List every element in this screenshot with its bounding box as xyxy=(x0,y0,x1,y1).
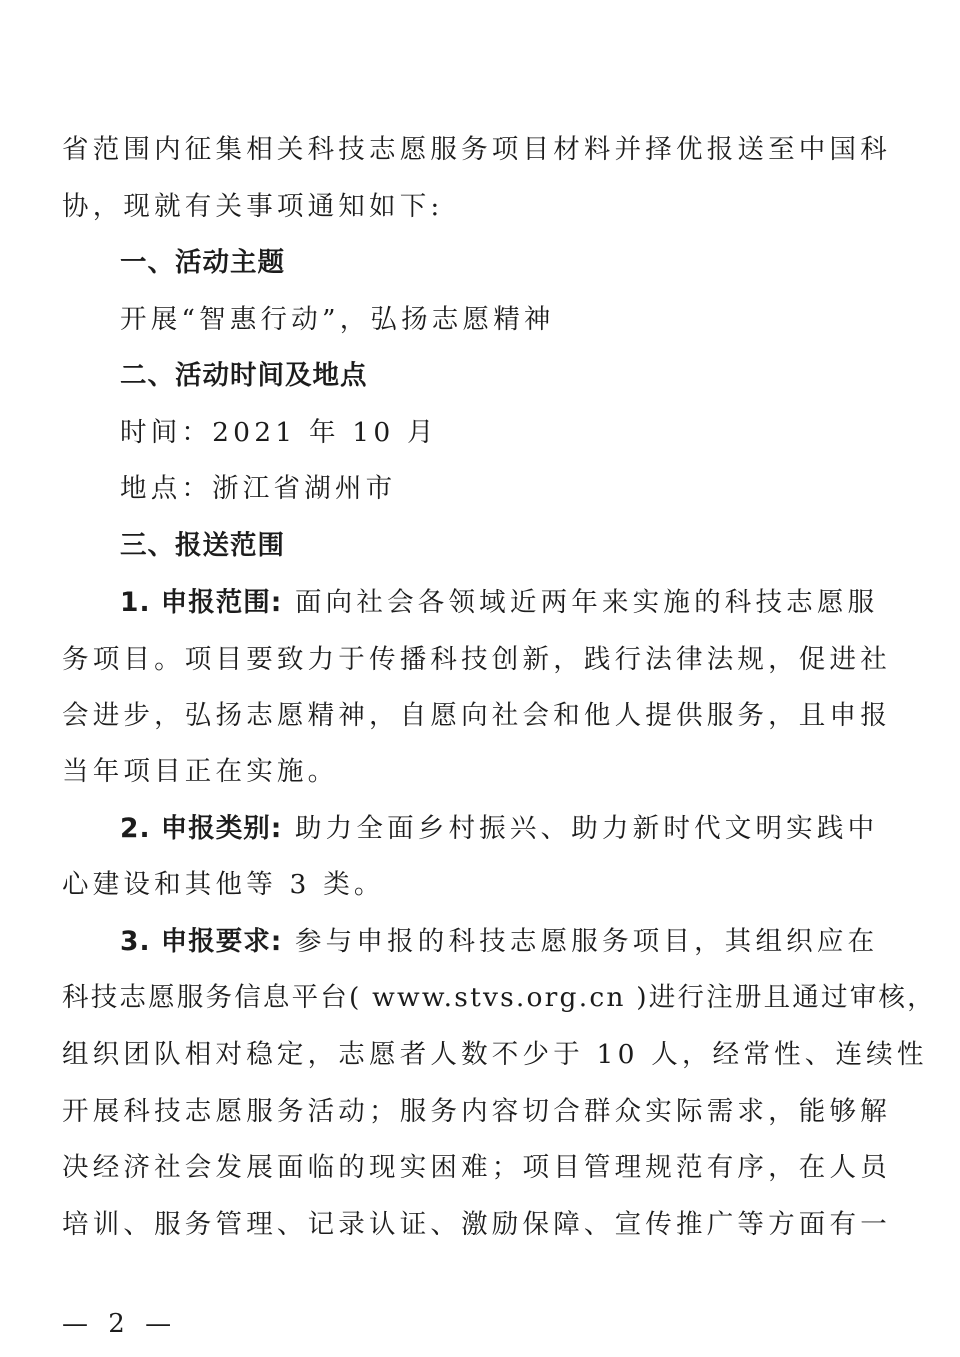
event-place: 地点：浙江省湖州市 xyxy=(120,471,920,507)
body-text-line: 组织团队相对稳定，志愿者人数不少于 10 人，经常性、连续性 xyxy=(62,1037,862,1073)
item1-first-line: 1. 申报范围: 面向社会各领域近两年来实施的科技志愿服 xyxy=(120,585,920,621)
item1-text: 面向社会各领域近两年来实施的科技志愿服 xyxy=(282,587,878,618)
body-text-line: 心建设和其他等 3 类。 xyxy=(62,867,862,903)
item2-text: 助力全面乡村振兴、助力新时代文明实践中 xyxy=(282,813,878,844)
body-text-line: 培训、服务管理、记录认证、激励保障、宣传推广等方面有一 xyxy=(62,1207,862,1243)
section-heading-scope: 三、报送范围 xyxy=(120,528,920,564)
event-time: 时间：2021 年 10 月 xyxy=(120,415,920,451)
body-text-line: 决经济社会发展面临的现实困难；项目管理规范有序，在人员 xyxy=(62,1150,862,1186)
page-number: — 2 — xyxy=(62,1306,177,1342)
body-text-line: 省范围内征集相关科技志愿服务项目材料并择优报送至中国科 xyxy=(62,132,862,168)
item3-first-line: 3. 申报要求: 参与申报的科技志愿服务项目，其组织应在 xyxy=(120,924,920,960)
body-text-line: 当年项目正在实施。 xyxy=(62,754,862,790)
body-text-line-with-link: 科技志愿服务信息平台( www.stvs.org.cn )进行注册且通过审核， xyxy=(62,980,862,1016)
item3-text: 参与申报的科技志愿服务项目，其组织应在 xyxy=(282,926,878,957)
item2-first-line: 2. 申报类别: 助力全面乡村振兴、助力新时代文明实践中 xyxy=(120,811,920,847)
body-text-line: 协，现就有关事项通知如下: xyxy=(62,189,862,225)
body-text-line: 会进步，弘扬志愿精神，自愿向社会和他人提供服务，且申报 xyxy=(62,698,862,734)
item1-label: 1. 申报范围: xyxy=(120,587,282,618)
item3-label: 3. 申报要求: xyxy=(120,926,282,957)
item2-label: 2. 申报类别: xyxy=(120,813,282,844)
body-text-line: 开展科技志愿服务活动；服务内容切合群众实际需求，能够解 xyxy=(62,1094,862,1130)
body-text-line: 务项目。项目要致力于传播科技创新，践行法律法规，促进社 xyxy=(62,642,862,678)
section-heading-theme: 一、活动主题 xyxy=(120,245,920,281)
theme-content: 开展“智惠行动”，弘扬志愿精神 xyxy=(120,302,920,338)
document-page: 省范围内征集相关科技志愿服务项目材料并择优报送至中国科 协，现就有关事项通知如下… xyxy=(0,0,960,1357)
section-heading-time-place: 二、活动时间及地点 xyxy=(120,358,920,394)
